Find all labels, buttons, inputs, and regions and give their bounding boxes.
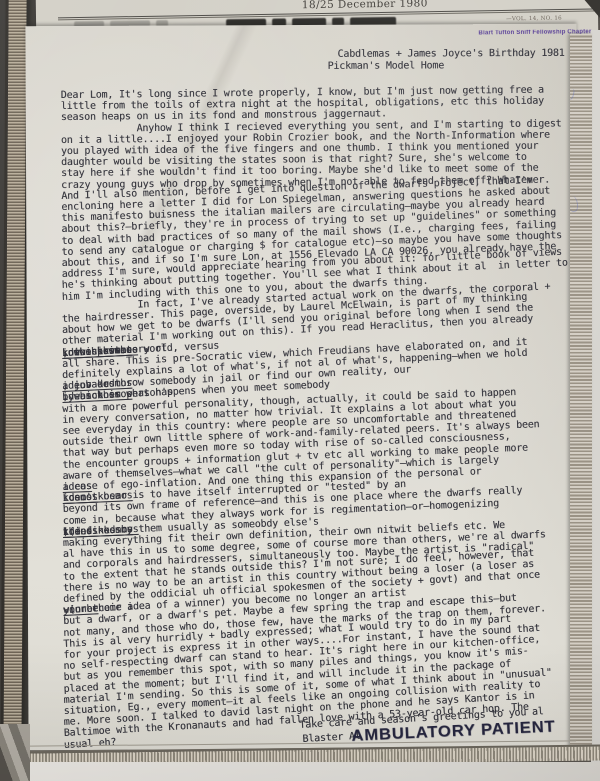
sleeve-right-plastic	[591, 30, 600, 781]
photo-of-letter: 18/25 December 1980 —VOL. 14, NO. 16 Bla…	[0, 0, 600, 781]
letter-heading-line1: Cabdlemas + James Joyce's Birthday 1981 …	[338, 48, 583, 60]
sleeve-right-edge	[570, 34, 592, 754]
letter-heading-line2: Pickman's Model Home	[328, 60, 444, 72]
letter-sheet: Blart Tufton Sniff Fellowship Chapter Ca…	[25, 24, 579, 750]
newsletter-volume: —VOL. 14, NO. 16	[506, 16, 562, 23]
sleeve-corner-layers	[0, 724, 30, 781]
fellowship-chapter-stamp: Blart Tufton Sniff Fellowship Chapter	[423, 29, 591, 37]
sleeve-left-edge	[0, 0, 26, 748]
letter-body: Dear Lom, It's long since I wrote proper…	[61, 88, 576, 746]
newsletter-date: 18/25 December 1980	[302, 0, 428, 11]
sleeve-bottom-plastic	[0, 762, 600, 781]
